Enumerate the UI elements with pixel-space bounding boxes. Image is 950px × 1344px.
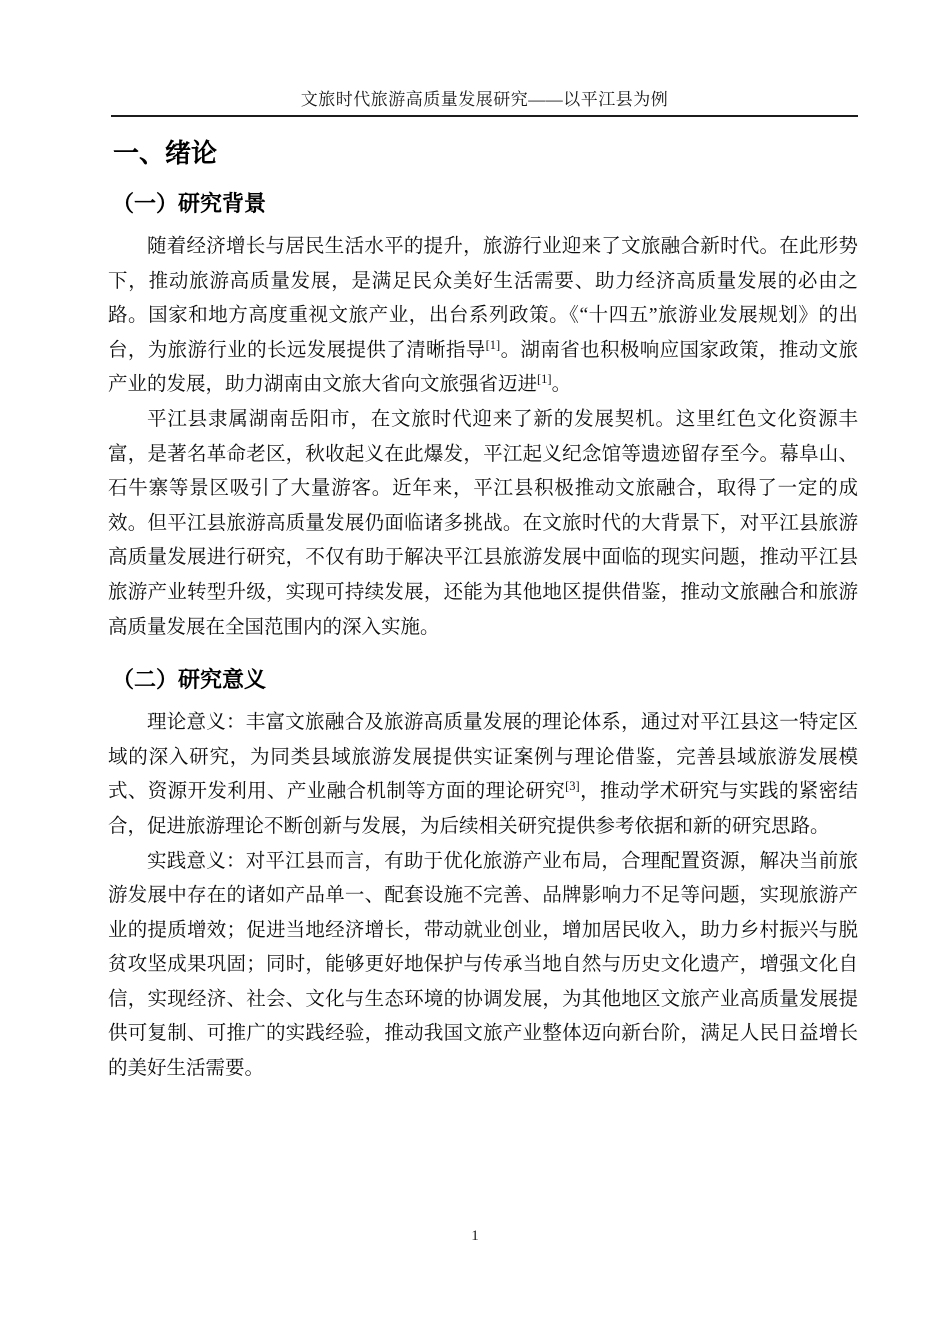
paragraph-practical-significance: 实践意义：对平江县而言，有助于优化旅游产业布局，合理配置资源，解决当前旅游发展中… [108, 845, 858, 1087]
header-title: 文旅时代旅游高质量发展研究——以平江县为例 [301, 90, 669, 109]
paragraph-background-2: 平江县隶属湖南岳阳市，在文旅时代迎来了新的发展契机。这里红色文化资源丰富，是著名… [108, 403, 858, 645]
section-body-research-significance: 理论意义：丰富文旅融合及旅游高质量发展的理论体系，通过对平江县这一特定区域的深入… [108, 706, 858, 1087]
citation-ref-1b: [1] [537, 372, 552, 386]
citation-ref-1: [1] [486, 338, 501, 352]
page-footer: 1 [0, 1228, 950, 1245]
chapter-heading: 一、绪论 [113, 138, 858, 169]
paragraph-background-1: 随着经济增长与居民生活水平的提升，旅游行业迎来了文旅融合新时代。在此形势下，推动… [108, 230, 858, 403]
document-page: 文旅时代旅游高质量发展研究——以平江县为例 一、绪论 （一）研究背景 随着经济增… [0, 0, 950, 1344]
section-heading-research-background: （一）研究背景 [112, 190, 858, 217]
citation-ref-3: [3] [565, 779, 580, 793]
section-heading-research-significance: （二）研究意义 [112, 666, 858, 693]
page-number: 1 [471, 1228, 479, 1244]
paragraph-theoretical-significance: 理论意义：丰富文旅融合及旅游高质量发展的理论体系，通过对平江县这一特定区域的深入… [108, 706, 858, 844]
paragraph-text: 平江县隶属湖南岳阳市，在文旅时代迎来了新的发展契机。这里红色文化资源丰富，是著名… [108, 409, 858, 638]
paragraph-text: 。 [552, 374, 572, 395]
section-body-research-background: 随着经济增长与居民生活水平的提升，旅游行业迎来了文旅融合新时代。在此形势下，推动… [108, 230, 858, 645]
page-header: 文旅时代旅游高质量发展研究——以平江县为例 [111, 0, 858, 117]
paragraph-text: 实践意义：对平江县而言，有助于优化旅游产业布局，合理配置资源，解决当前旅游发展中… [108, 851, 858, 1080]
